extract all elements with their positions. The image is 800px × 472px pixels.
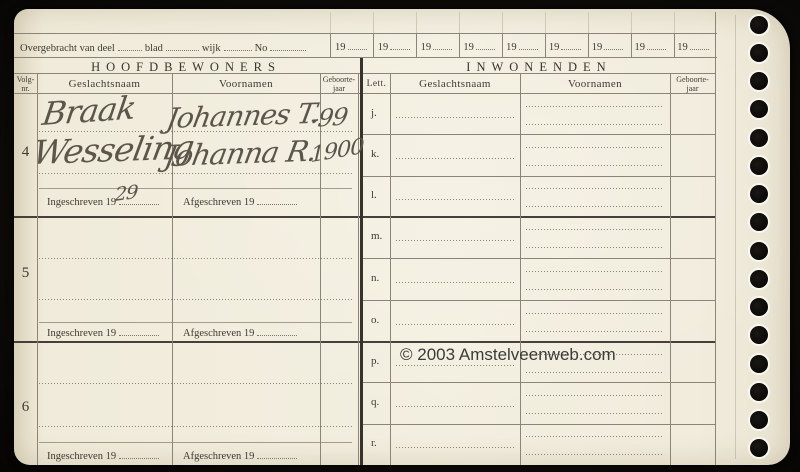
birthyear-header-line1: Geboorte- bbox=[320, 75, 358, 84]
year-cell: 19 bbox=[587, 33, 630, 57]
entry-line bbox=[396, 199, 514, 200]
lett-header: Lett. bbox=[363, 79, 390, 89]
rule-lett-right bbox=[390, 73, 391, 465]
inwonenden-row-q: q. bbox=[363, 382, 715, 425]
resident-block-5: Ingeschreven 19 Afgeschreven 19 bbox=[37, 216, 358, 341]
row-letter: o. bbox=[371, 314, 379, 326]
watermark: © 2003 Amstelveenweb.com bbox=[400, 345, 616, 365]
r-birthyear-header-line1: Geboorte- bbox=[670, 75, 715, 84]
entry-line bbox=[39, 383, 352, 384]
rule-r-surname-right bbox=[520, 73, 521, 465]
dotted-leader bbox=[257, 448, 297, 459]
row-letter: q. bbox=[371, 396, 379, 408]
entry-line bbox=[526, 247, 664, 248]
dotted-leader bbox=[118, 40, 142, 51]
entry-line bbox=[396, 365, 514, 366]
punch-hole bbox=[750, 16, 768, 34]
dotted-leader bbox=[257, 194, 297, 205]
entry-line bbox=[526, 124, 664, 125]
r-firstnames-header: Voornamen bbox=[520, 78, 670, 90]
year-label: 19 bbox=[378, 42, 389, 53]
year-cell: 19 bbox=[458, 33, 501, 57]
row-letter: r. bbox=[371, 437, 377, 449]
entry-line bbox=[39, 426, 352, 427]
volgnr-header-line1: Volg- bbox=[14, 75, 37, 84]
rule-topstrip-v2 bbox=[373, 12, 374, 33]
entry-line bbox=[526, 106, 664, 107]
punch-hole bbox=[750, 439, 768, 457]
punch-hole bbox=[750, 44, 768, 62]
rule-topstrip-v3 bbox=[416, 12, 417, 33]
entry-line bbox=[526, 289, 664, 290]
entry-line bbox=[396, 158, 514, 159]
year-cell: 19 bbox=[373, 33, 416, 57]
birthyear-header: Geboorte- jaar bbox=[320, 75, 358, 93]
dotted-leader bbox=[224, 40, 252, 51]
row-letter: p. bbox=[371, 355, 379, 367]
punch-hole bbox=[750, 242, 768, 260]
rule-transfer-bottom bbox=[14, 57, 717, 58]
block-number: 5 bbox=[14, 265, 37, 282]
registered-row: Ingeschreven 19 bbox=[47, 325, 162, 339]
r-birthyear-header: Geboorte- jaar bbox=[670, 75, 715, 93]
deregistered-row: Afgeschreven 19 bbox=[183, 448, 300, 462]
punch-hole bbox=[750, 383, 768, 401]
rule-topstrip-v6 bbox=[545, 12, 546, 33]
entry-line bbox=[396, 406, 514, 407]
dotted-leader bbox=[604, 39, 623, 50]
year-label: 19 bbox=[421, 42, 432, 53]
year-cell: 19 bbox=[330, 33, 373, 57]
handwritten-firstnames-2: Johanna R. bbox=[162, 134, 319, 173]
rule-block2-bottom bbox=[14, 341, 715, 343]
footer-line bbox=[39, 322, 352, 323]
transfer-row: Overgebracht van deel blad wijk No bbox=[20, 40, 320, 54]
punch-hole bbox=[750, 298, 768, 316]
entry-line bbox=[526, 436, 664, 437]
inwonenden-row-l: l. bbox=[363, 176, 715, 217]
year-cell: 19 bbox=[629, 33, 672, 57]
block-number: 6 bbox=[14, 399, 37, 416]
inwonenden-row-j: j. bbox=[363, 93, 715, 135]
entry-line bbox=[526, 413, 664, 414]
punch-hole bbox=[750, 326, 768, 344]
dotted-leader bbox=[433, 39, 452, 50]
row-letter: n. bbox=[371, 272, 379, 284]
handwritten-surname-1: Braak bbox=[40, 89, 138, 133]
firstnames-header: Voornamen bbox=[172, 78, 320, 90]
rule-r-firstnames-right bbox=[670, 73, 671, 465]
row-letter: l. bbox=[371, 189, 377, 201]
r-surname-header: Geslachtsnaam bbox=[390, 78, 520, 90]
year-label: 19 bbox=[677, 42, 688, 53]
transfer-sheet-label: blad bbox=[145, 43, 163, 54]
year-label: 19 bbox=[463, 42, 474, 53]
dotted-leader bbox=[390, 39, 409, 50]
registered-label: Ingeschreven 19 bbox=[47, 451, 116, 462]
row-letter: k. bbox=[371, 148, 379, 160]
volgnr-header: Volg- nr. bbox=[14, 75, 37, 93]
punch-hole bbox=[750, 185, 768, 203]
dotted-leader bbox=[647, 39, 666, 50]
entry-line bbox=[526, 331, 664, 332]
dotted-leader bbox=[348, 39, 367, 50]
inwonenden-title: INWONENDEN bbox=[363, 60, 715, 75]
year-label: 19 bbox=[634, 42, 645, 53]
deregistered-row: Afgeschreven 19 bbox=[183, 325, 300, 339]
year-cell: 19 bbox=[501, 33, 544, 57]
deregistered-row: Afgeschreven 19 bbox=[183, 194, 300, 208]
punch-hole bbox=[750, 72, 768, 90]
row-letter: j. bbox=[371, 107, 377, 119]
punch-hole bbox=[750, 213, 768, 231]
inwonenden-row-m: m. bbox=[363, 216, 715, 259]
year-cell: 19 bbox=[544, 33, 587, 57]
registered-row: Ingeschreven 19 bbox=[47, 448, 162, 462]
entry-line bbox=[526, 313, 664, 314]
footer-line bbox=[39, 442, 352, 443]
entry-line bbox=[396, 282, 514, 283]
entry-line bbox=[526, 454, 664, 455]
year-label: 19 bbox=[335, 42, 346, 53]
deregistered-label: Afgeschreven 19 bbox=[183, 328, 254, 339]
entry-line bbox=[396, 447, 514, 448]
year-columns: 19 19 19 19 19 19 19 19 19 bbox=[330, 33, 715, 57]
inwonenden-row-n: n. bbox=[363, 258, 715, 301]
dotted-leader bbox=[519, 39, 538, 50]
entry-line bbox=[526, 147, 664, 148]
registered-label: Ingeschreven 19 bbox=[47, 328, 116, 339]
transfer-district-label: wijk bbox=[202, 43, 221, 54]
year-label: 19 bbox=[506, 42, 517, 53]
entry-line bbox=[526, 271, 664, 272]
dotted-leader bbox=[561, 39, 580, 50]
handwritten-registered-year: 29 bbox=[114, 181, 138, 206]
rule-topstrip-v7 bbox=[588, 12, 589, 33]
registered-label: Ingeschreven 19 bbox=[47, 197, 116, 208]
dotted-leader bbox=[690, 39, 709, 50]
year-label: 19 bbox=[592, 42, 603, 53]
entry-line bbox=[526, 395, 664, 396]
entry-line bbox=[526, 372, 664, 373]
card-crease bbox=[735, 15, 736, 459]
center-divider bbox=[360, 58, 363, 465]
volgnr-header-line2: nr. bbox=[14, 84, 37, 93]
rule-topstrip-v9 bbox=[674, 12, 675, 33]
entry-line bbox=[526, 206, 664, 207]
row-letter: m. bbox=[371, 230, 382, 242]
transfer-part-label: Overgebracht van deel bbox=[20, 43, 115, 54]
birthyear-header-line2: jaar bbox=[320, 84, 358, 93]
entry-line bbox=[396, 324, 514, 325]
hoofdbewoners-title: HOOFDBEWONERS bbox=[14, 60, 358, 75]
dotted-leader bbox=[257, 325, 297, 336]
punch-hole bbox=[750, 129, 768, 147]
year-cell: 19 bbox=[672, 33, 715, 57]
entry-line bbox=[526, 165, 664, 166]
rule-topstrip-v1 bbox=[330, 12, 331, 33]
rule-topstrip-v4 bbox=[459, 12, 460, 33]
inwonenden-row-o: o. bbox=[363, 300, 715, 342]
registered-row: Ingeschreven 19 bbox=[47, 194, 162, 208]
rule-volgnr-right bbox=[37, 73, 38, 465]
footer-line bbox=[39, 188, 352, 189]
rule-block1-bottom bbox=[14, 216, 715, 218]
dotted-leader bbox=[119, 325, 159, 336]
rule-table-right bbox=[715, 12, 716, 465]
surname-header: Geslachtsnaam bbox=[37, 78, 172, 90]
rule-topstrip-v8 bbox=[631, 12, 632, 33]
punch-hole bbox=[750, 100, 768, 118]
handwritten-birthyear-1: -99 bbox=[309, 103, 349, 133]
entry-line bbox=[526, 188, 664, 189]
dotted-leader bbox=[119, 448, 159, 459]
punch-hole bbox=[750, 411, 768, 429]
year-cell: 19 bbox=[416, 33, 459, 57]
entry-line bbox=[39, 173, 352, 174]
population-register-card: Overgebracht van deel blad wijk No 19 19… bbox=[14, 9, 790, 465]
dotted-leader bbox=[476, 39, 495, 50]
punch-hole bbox=[750, 157, 768, 175]
entry-line bbox=[39, 299, 352, 300]
rule-birthyear-right bbox=[358, 73, 359, 465]
deregistered-label: Afgeschreven 19 bbox=[183, 451, 254, 462]
punch-hole bbox=[750, 355, 768, 373]
entry-line bbox=[396, 117, 514, 118]
dotted-leader bbox=[166, 40, 199, 51]
resident-block-6: Ingeschreven 19 Afgeschreven 19 bbox=[37, 341, 358, 465]
rule-topstrip-v5 bbox=[502, 12, 503, 33]
inwonenden-row-k: k. bbox=[363, 134, 715, 177]
year-label: 19 bbox=[549, 42, 560, 53]
dotted-leader bbox=[270, 40, 306, 51]
entry-line bbox=[526, 229, 664, 230]
inwonenden-row-r: r. bbox=[363, 424, 715, 465]
entry-line bbox=[39, 258, 352, 259]
r-birthyear-header-line2: jaar bbox=[670, 84, 715, 93]
deregistered-label: Afgeschreven 19 bbox=[183, 197, 254, 208]
entry-line bbox=[396, 240, 514, 241]
punch-hole bbox=[750, 270, 768, 288]
transfer-number-label: No bbox=[255, 43, 268, 54]
